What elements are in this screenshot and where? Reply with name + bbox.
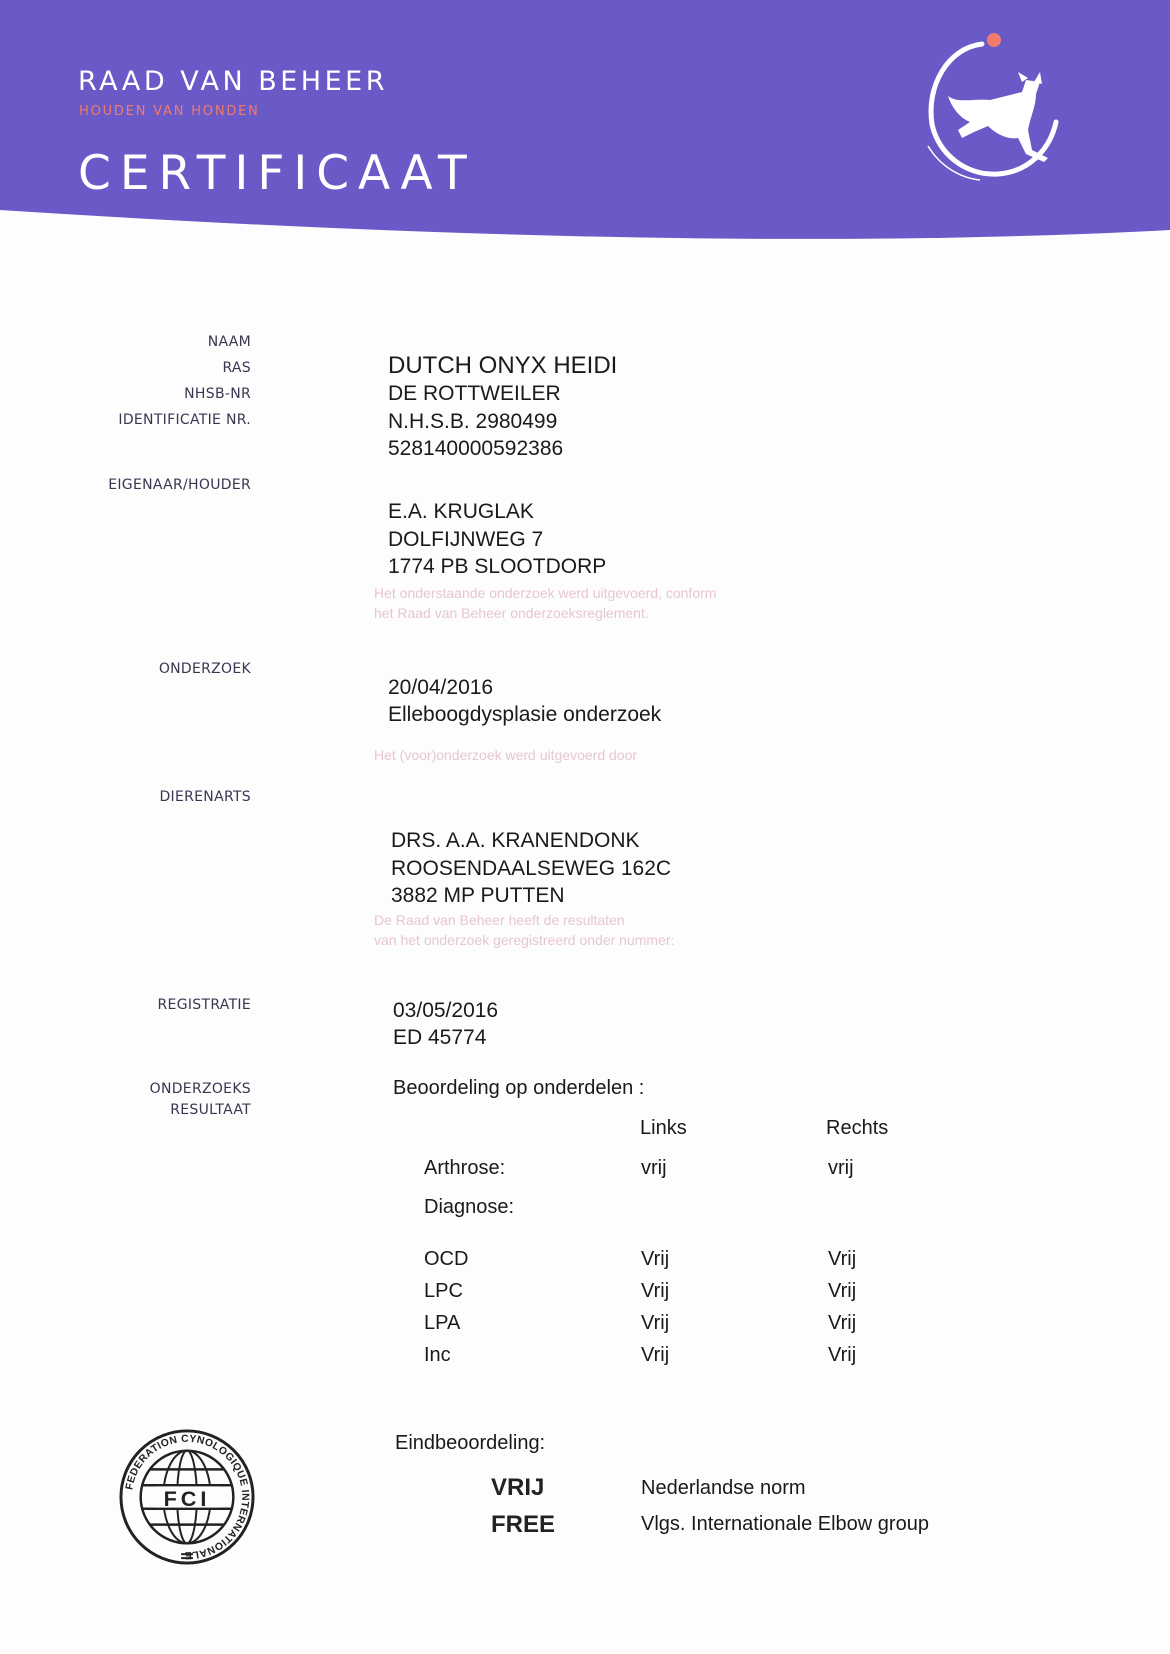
label-results-line2: RESULTAAT (170, 1102, 251, 1118)
column-left-header: Links (640, 1117, 687, 1140)
exam-type: Elleboogdysplasie onderzoek (388, 703, 661, 727)
diagnosis-row-left: Vrij (641, 1312, 669, 1335)
note-registered-line1: De Raad van Beheer heeft de resultaten (374, 910, 625, 930)
label-results-line1: ONDERZOEKS (150, 1081, 251, 1097)
organization-name: RAAD VAN BEHEER (78, 66, 388, 97)
vet-street: ROOSENDAALSEWEG 162C (391, 857, 671, 881)
diagnose-label: Diagnose: (424, 1196, 514, 1219)
final-result-vrij: VRIJ (491, 1474, 544, 1502)
diagnosis-row-name: LPC (424, 1280, 463, 1303)
final-result-vrij-norm: Nederlandse norm (641, 1477, 806, 1500)
registration-number: ED 45774 (393, 1026, 486, 1050)
document-title: CERTIFICAAT (78, 146, 476, 201)
label-vet: DIERENARTS (159, 789, 251, 805)
note-performed-by: Het (voor)onderzoek werd uitgevoerd door (374, 745, 637, 765)
certificate-header: RAAD VAN BEHEER HOUDEN VAN HONDEN CERTIF… (0, 0, 1170, 250)
label-nhsb: NHSB-NR (184, 386, 251, 402)
diagnosis-row-right: Vrij (828, 1312, 856, 1335)
label-naam: NAAM (208, 334, 251, 350)
leaping-dog-logo-icon (918, 26, 1078, 186)
diagnosis-row-right: Vrij (828, 1280, 856, 1303)
final-assessment-label: Eindbeoordeling: (395, 1432, 545, 1455)
diagnosis-row-name: OCD (424, 1248, 468, 1271)
registration-date: 03/05/2016 (393, 999, 498, 1023)
label-exam: ONDERZOEK (159, 661, 251, 677)
dog-breed: DE ROTTWEILER (388, 382, 561, 406)
note-conform-line1: Het onderstaande onderzoek werd uitgevoe… (374, 583, 716, 603)
vet-name: DRS. A.A. KRANENDONK (391, 829, 640, 853)
diagnosis-row-name: LPA (424, 1312, 460, 1335)
organization-tagline: HOUDEN VAN HONDEN (79, 104, 260, 119)
diagnosis-row-left: Vrij (641, 1248, 669, 1271)
column-right-header: Rechts (826, 1117, 888, 1140)
label-registration: REGISTRATIE (158, 997, 251, 1013)
diagnosis-row-right: Vrij (828, 1344, 856, 1367)
svg-text:FCI: FCI (164, 1486, 211, 1511)
arthrose-left-value: vrij (641, 1157, 667, 1180)
arthrose-label: Arthrose: (424, 1157, 505, 1180)
label-ras: RAS (222, 360, 251, 376)
diagnosis-row-left: Vrij (641, 1280, 669, 1303)
final-result-free: FREE (491, 1511, 555, 1539)
owner-name: E.A. KRUGLAK (388, 500, 534, 524)
owner-city: 1774 PB SLOOTDORP (388, 555, 606, 579)
arthrose-right-value: vrij (828, 1157, 854, 1180)
dog-nhsb-number: N.H.S.B. 2980499 (388, 410, 557, 434)
vet-city: 3882 MP PUTTEN (391, 884, 565, 908)
final-result-free-norm: Vlgs. Internationale Elbow group (641, 1513, 929, 1536)
results-heading: Beoordeling op onderdelen : (393, 1077, 644, 1100)
dog-identification-number: 528140000592386 (388, 437, 563, 461)
label-identificatie: IDENTIFICATIE NR. (118, 412, 251, 428)
fci-seal-icon: FCI FEDERATION CYNOLOGIQUE INTERNATIONAL… (118, 1428, 256, 1566)
label-owner: EIGENAAR/HOUDER (108, 477, 251, 493)
dog-name: DUTCH ONYX HEIDI (388, 352, 617, 380)
diagnosis-row-left: Vrij (641, 1344, 669, 1367)
note-registered-line2: van het onderzoek geregistreerd onder nu… (374, 930, 674, 950)
note-conform-line2: het Raad van Beheer onderzoeksreglement. (374, 603, 649, 623)
exam-date: 20/04/2016 (388, 676, 493, 700)
owner-street: DOLFIJNWEG 7 (388, 528, 543, 552)
diagnosis-row-right: Vrij (828, 1248, 856, 1271)
diagnosis-row-name: Inc (424, 1344, 451, 1367)
